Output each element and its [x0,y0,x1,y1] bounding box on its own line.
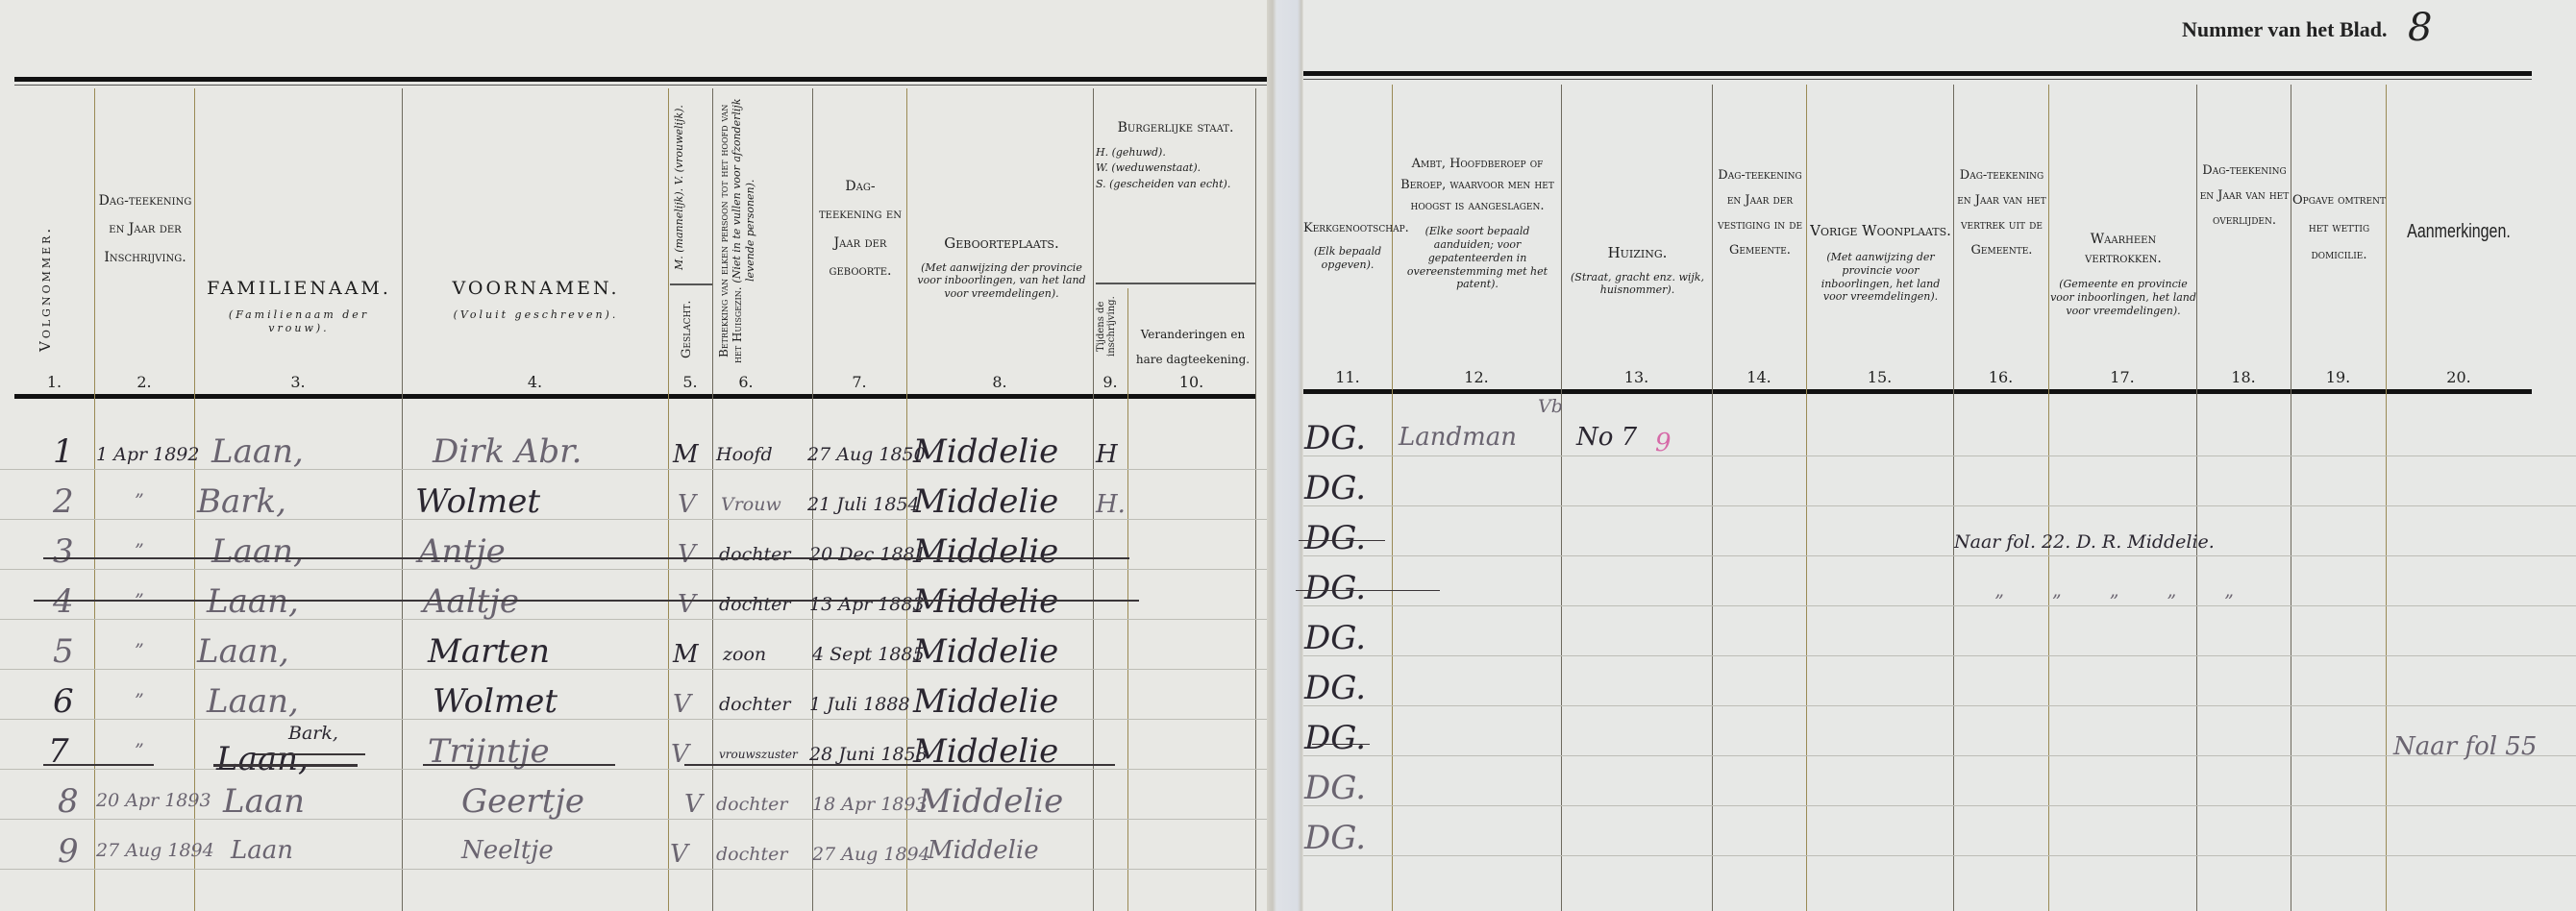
colnum-16: 16. [1953,368,2048,386]
row9-birthplace: Middelie [928,836,1039,865]
row9-nr: 9 [58,832,79,871]
row5-nr: 5 [53,632,74,671]
row1-nr: 1 [53,432,74,471]
row3-moved-to: Naar fol. 22. D. R. Middelie. [1954,531,2215,553]
col-divider [194,88,195,911]
row8-sex: V [684,790,703,819]
header-col12-note: (Elke soort bepaald aanduiden; voor gepa… [1394,225,1561,291]
sheet-number-value: 8 [2408,6,2432,50]
colnum-7: 7. [812,373,906,391]
row3-birth: 20 Dec 1881 [809,544,927,565]
legend-h: H. (gehuwd). [1096,145,1255,161]
row5-birthplace: Middelie [913,632,1058,671]
row1-given: Dirk Abr. [433,432,582,471]
row4-church-strike [1296,590,1440,591]
row2-birth: 21 Juli 1854 [807,494,920,515]
row2-date: ” [135,490,144,511]
row1-church: DG. [1304,419,1366,457]
colnum-5: 5. [668,373,712,391]
row4-nr: 4 [53,582,74,621]
colnum-13: 13. [1561,368,1712,386]
row3-church-strike [1299,540,1385,541]
legend-s: S. (gescheiden van echt). [1096,177,1255,193]
row7-church: DG. [1304,719,1366,757]
row3-sex: V [678,540,696,569]
header-col19: Opgave omtrent het wettig domicilie. [2292,187,2386,270]
row8-date: 20 Apr 1893 [96,790,211,811]
row8-church: DG. [1304,769,1366,807]
row2-given: Wolmet [415,482,540,521]
row5-church: DG. [1304,619,1366,657]
colnum-14: 14. [1712,368,1806,386]
row6-church: DG. [1304,669,1366,707]
header-col17: Waarheen vertrokken.(Gemeente en provinc… [2050,231,2196,317]
row3-relation: dochter [719,544,790,565]
row9-family: Laan [231,836,293,865]
row9-birth: 27 Aug 1894 [812,844,930,865]
header-col20: Aanmerkingen. [2400,221,2517,243]
row3-strikethrough [43,557,1129,559]
row6-birthplace: Middelie [913,682,1058,721]
top-rule-right-thin [1303,79,2532,80]
header-col3: FAMILIENAAM.(Familienaam der vrouw). [196,279,402,334]
header-col18: Dag-teekening en Jaar van het overlijden… [2198,159,2291,234]
header-col14: Dag-teekening en Jaar der vestiging in d… [1714,163,1806,263]
col-divider [2386,85,2387,911]
row6-given: Wolmet [433,682,557,721]
header-col12-title: Ambt, Hoofdberoep of Beroep, waarvoor me… [1400,157,1554,213]
header-col2: Dag-teekening en Jaar der Inschrijving. [96,187,194,272]
row3-church: DG. [1304,519,1366,557]
row2-sex: V [678,490,696,519]
col-divider [1953,85,1954,911]
row5-relation: zoon [723,644,766,665]
civil-status-title: Burgerlijke staat. [1118,120,1234,135]
row6-date: ” [135,690,144,711]
header-civil-status: Burgerlijke staat. H. (gehuwd). W. (wedu… [1096,115,1255,192]
colnum-11: 11. [1303,368,1392,386]
row7-strike-family-corr [255,753,365,755]
row1-birth: 27 Aug 1850 [807,444,926,465]
row7-strike-given [423,764,615,766]
colnum-15: 15. [1806,368,1953,386]
header-col6-note: (Niet in te vullen voor afzonderlijk lev… [731,98,756,283]
row6-family: Laan, [207,682,299,721]
header-col15-note: (Met aanwijzing der provincie voor inboo… [1808,251,1953,304]
row3-given: Antje [418,532,506,571]
col-divider [1392,85,1393,911]
colnum-6: 6. [712,373,780,391]
civil-status-legend: H. (gehuwd). W. (weduwenstaat). S. (gesc… [1096,145,1255,193]
row6-relation: dochter [719,694,790,715]
row1-date: 1 Apr 1892 [96,444,200,465]
header-col4-note: (Voluit geschreven). [404,308,668,322]
row8-birthplace: Middelie [918,782,1063,821]
header-col6: Betrekking van elken persoon tot het hoo… [717,96,807,365]
row8-nr: 8 [58,782,79,821]
row2-relation: Vrouw [721,494,781,515]
row5-given: Marten [428,632,550,671]
row9-relation: dochter [716,844,787,865]
colnum-17: 17. [2048,368,2196,386]
row3-birthplace: Middelie [913,532,1058,571]
row1-civil: H [1096,440,1118,469]
header-col5-note: M. (mannelijk). V. (vrouwelijk). [673,96,709,279]
row1-relation: Hoofd [716,444,773,465]
col-divider [402,88,403,911]
header-bottom-rule-right [1303,389,2532,394]
header-col11-note: (Elk bepaald opgeven). [1303,245,1392,272]
row8-family: Laan [223,782,305,821]
colnum-12: 12. [1392,368,1561,386]
top-rule-left-thin [14,85,1267,86]
colnum-3: 3. [194,373,402,391]
colnum-4: 4. [402,373,668,391]
row7-strike-family [213,764,358,767]
row2-family: Bark, [197,482,286,521]
header-col13-title: Huizing. [1608,244,1668,261]
colnum-9: 9. [1093,373,1127,391]
header-col13: Huizing.(Straat, gracht enz. wijk, huisn… [1563,245,1712,297]
top-rule-right [1303,71,2532,76]
row1-occupation: Landman [1399,423,1517,452]
row1-sex: M [673,440,699,469]
header-bottom-rule-left [14,394,1255,399]
row7-church-strike [1312,744,1370,745]
row7-birth: 28 Juni 1858 [809,744,928,765]
row4-moved-to: ” ” ” ” ” [1994,591,2255,612]
col-divider [2196,85,2197,911]
header-col8-title: Geboorteplaats. [944,234,1058,252]
row1-house: No 7 [1576,423,1637,452]
colnum-18: 18. [2196,368,2291,386]
row4-church: DG. [1304,569,1366,607]
col-divider [2048,85,2049,911]
col-divider [668,88,669,911]
row7-relation: vrouwszuster [719,748,798,761]
row4-strikethrough [34,600,1139,602]
row7-strike-rest [684,764,1115,766]
row4-relation: dochter [719,594,790,615]
row9-sex: V [670,840,688,869]
col-divider [712,88,713,911]
colnum-10: 10. [1127,373,1255,391]
row2-nr: 2 [53,482,74,521]
row1-family: Laan, [211,432,304,471]
colnum-20: 20. [2386,368,2532,386]
row7-remark: Naar fol 55 [2393,732,2537,761]
row8-given: Geertje [461,782,584,821]
row3-nr: 3 [53,532,74,571]
row1-birthplace: Middelie [913,432,1058,471]
row6-sex: V [673,690,691,719]
row5-sex: M [673,640,699,669]
header-col17-note: (Gemeente en provincie voor inboorlingen… [2050,278,2196,317]
header-col4: VOORNAMEN.(Voluit geschreven). [404,279,668,322]
header-col15: Vorige Woonplaats.(Met aanwijzing der pr… [1808,221,1953,304]
row8-relation: dochter [716,794,787,815]
legend-w: W. (weduwenstaat). [1096,160,1255,177]
row6-birth: 1 Juli 1888 [809,694,910,715]
row5-family: Laan, [197,632,289,671]
row3-family: Laan, [211,532,304,571]
row2-church: DG. [1304,469,1366,507]
header-col15-title: Vorige Woonplaats. [1810,222,1951,239]
header-col3-note: (Familienaam der vrouw). [196,308,402,335]
row1-house-corr: 9 [1655,429,1672,457]
row4-birthplace: Middelie [913,582,1058,621]
top-rule-left [14,77,1267,82]
row2-civil: H. [1096,490,1126,519]
row4-given: Aaltje [423,582,519,621]
header-col16: Dag-teekening en Jaar van het vertrek ui… [1955,163,2048,263]
header-col13-note: (Straat, gracht enz. wijk, huisnommer). [1563,271,1712,298]
col-divider [94,88,95,911]
row9-given: Neeltje [461,836,554,865]
header-col5: Geslacht. [680,288,704,370]
civil-status-subrule [1096,283,1255,284]
header-col8-note: (Met aanwijzing der provincie voor inboo… [911,261,1092,301]
row5-date: ” [135,640,144,661]
row4-birth: 13 Apr 1883 [809,594,925,615]
col-divider [1806,85,1807,911]
header-col8: Geboorteplaats.(Met aanwijzing der provi… [911,235,1092,301]
row6-nr: 6 [53,682,74,721]
header-col10: Veranderingen en hare dagteekening. [1130,322,1255,373]
colnum-8: 8. [906,373,1093,391]
header-col3-title: FAMILIENAAM. [207,278,391,299]
colnum-1: 1. [14,373,94,391]
header-col11: Kerkgenootschap.(Elk bepaald opgeven). [1303,216,1392,272]
col-divider [1093,88,1094,911]
row4-sex: V [678,590,696,619]
row9-church: DG. [1304,819,1366,857]
sex-subrule [670,283,712,285]
row8-birth: 18 Apr 1893 [812,794,928,815]
col-divider [1255,88,1256,911]
row2-birthplace: Middelie [913,482,1058,521]
sheet-number-label: Nummer van het Blad. [2182,17,2388,42]
row9-date: 27 Aug 1894 [96,840,214,861]
occupation-annot: Vb [1538,396,1563,417]
book-gutter [1267,0,1303,911]
header-col17-title: Waarheen vertrokken. [2085,232,2162,266]
row5-birth: 4 Sept 1885 [812,644,925,665]
row4-family: Laan, [207,582,299,621]
header-col12: Ambt, Hoofdberoep of Beroep, waarvoor me… [1394,154,1561,291]
colnum-2: 2. [94,373,194,391]
col-divider [1712,85,1713,911]
header-col4-title: VOORNAMEN. [453,278,620,299]
col-divider [2291,85,2291,911]
header-col9: Tijdens de inschrijving. [1096,288,1127,365]
header-col7: Dag-teekening en Jaar der geboorte. [814,173,906,286]
colnum-19: 19. [2291,368,2386,386]
row7-date: ” [135,740,144,761]
col-divider [1561,85,1562,911]
row7-family: Laan, [216,740,309,778]
row7-strike-nr [43,764,154,766]
